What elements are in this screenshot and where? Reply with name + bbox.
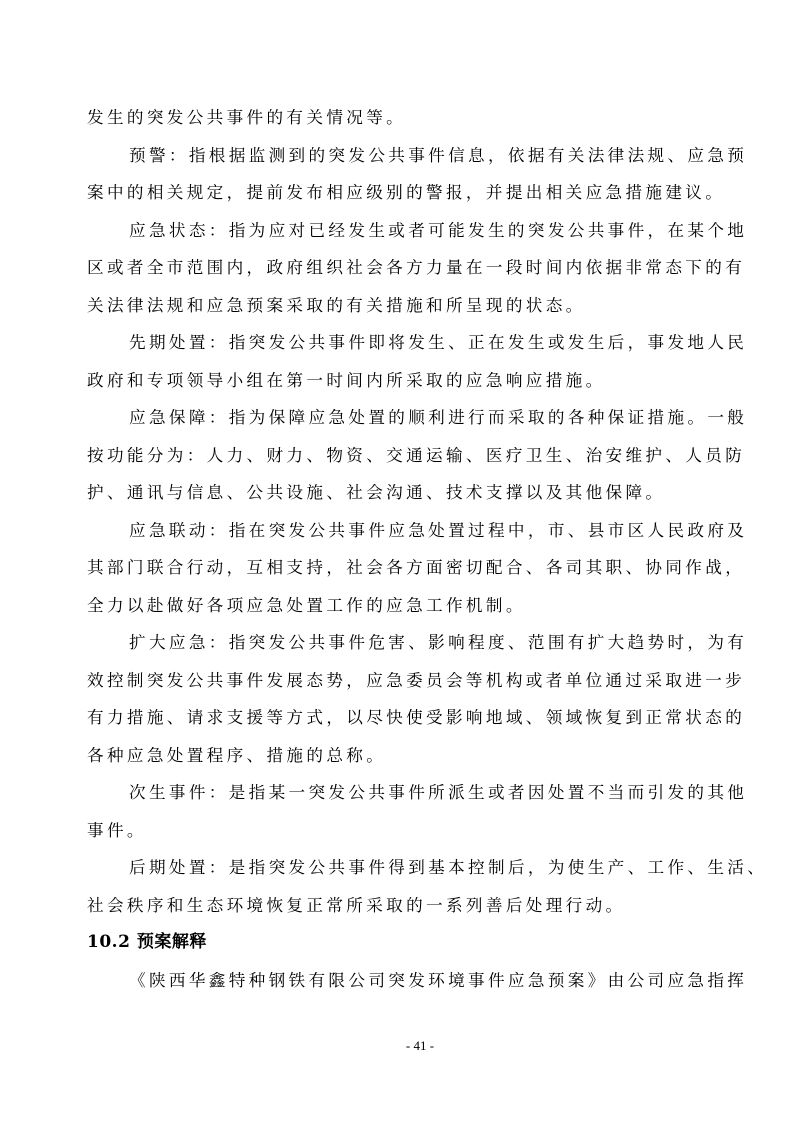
definition-emergency-linkage: 应急联动：指在突发公共事件应急处置过程中，市、县市区人民政府及 xyxy=(87,512,709,550)
text-line: 社会秩序和生态环境恢复正常所采取的一系列善后处理行动。 xyxy=(87,887,709,925)
text-line: 事件。 xyxy=(87,812,709,850)
definition-expanded-response: 扩大应急：指突发公共事件危害、影响程度、范围有扩大趋势时，为有 xyxy=(87,624,709,662)
text-line: 关法律法规和应急预案采取的有关措施和所呈现的状态。 xyxy=(87,287,709,325)
definition-warning: 预警：指根据监测到的突发公共事件信息，依据有关法律法规、应急预 xyxy=(87,137,709,175)
text-line: 案中的相关规定，提前发布相应级别的警报，并提出相关应急措施建议。 xyxy=(87,174,709,212)
text-line: 其部门联合行动，互相支持，社会各方面密切配合、各司其职、协同作战， xyxy=(87,549,709,587)
definition-emergency-support: 应急保障：指为保障应急处置的顺利进行而采取的各种保证措施。一般 xyxy=(87,399,709,437)
definition-emergency-state: 应急状态：指为应对已经发生或者可能发生的突发公共事件，在某个地 xyxy=(87,212,709,250)
plan-interpretation-text: 《陕西华鑫特种钢铁有限公司突发环境事件应急预案》由公司应急指挥 xyxy=(87,962,709,1000)
text-line: 全力以赴做好各项应急处置工作的应急工作机制。 xyxy=(87,587,709,625)
text-line: 有力措施、请求支援等方式，以尽快使受影响地域、领域恢复到正常状态的 xyxy=(87,699,709,737)
definition-initial-response: 先期处置：指突发公共事件即将发生、正在发生或发生后，事发地人民 xyxy=(87,324,709,362)
section-heading: 10.2 预案解释 xyxy=(87,924,709,962)
definition-secondary-event: 次生事件：是指某一突发公共事件所派生或者因处置不当而引发的其他 xyxy=(87,774,709,812)
text-line: 区或者全市范围内，政府组织社会各方力量在一段时间内依据非常态下的有 xyxy=(87,249,709,287)
text-line: 效控制突发公共事件发展态势，应急委员会等机构或者单位通过采取进一步 xyxy=(87,662,709,700)
page-number: - 41 - xyxy=(0,1038,793,1054)
text-line: 发生的突发公共事件的有关情况等。 xyxy=(87,99,709,137)
definition-post-disposal: 后期处置：是指突发公共事件得到基本控制后，为使生产、工作、生活、 xyxy=(87,849,709,887)
text-line: 政府和专项领导小组在第一时间内所采取的应急响应措施。 xyxy=(87,362,709,400)
text-line: 护、通讯与信息、公共设施、社会沟通、技术支撑以及其他保障。 xyxy=(87,474,709,512)
text-line: 按功能分为：人力、财力、物资、交通运输、医疗卫生、治安维护、人员防 xyxy=(87,437,709,475)
text-line: 各种应急处置程序、措施的总称。 xyxy=(87,737,709,775)
document-page: 发生的突发公共事件的有关情况等。 预警：指根据监测到的突发公共事件信息，依据有关… xyxy=(87,99,709,999)
